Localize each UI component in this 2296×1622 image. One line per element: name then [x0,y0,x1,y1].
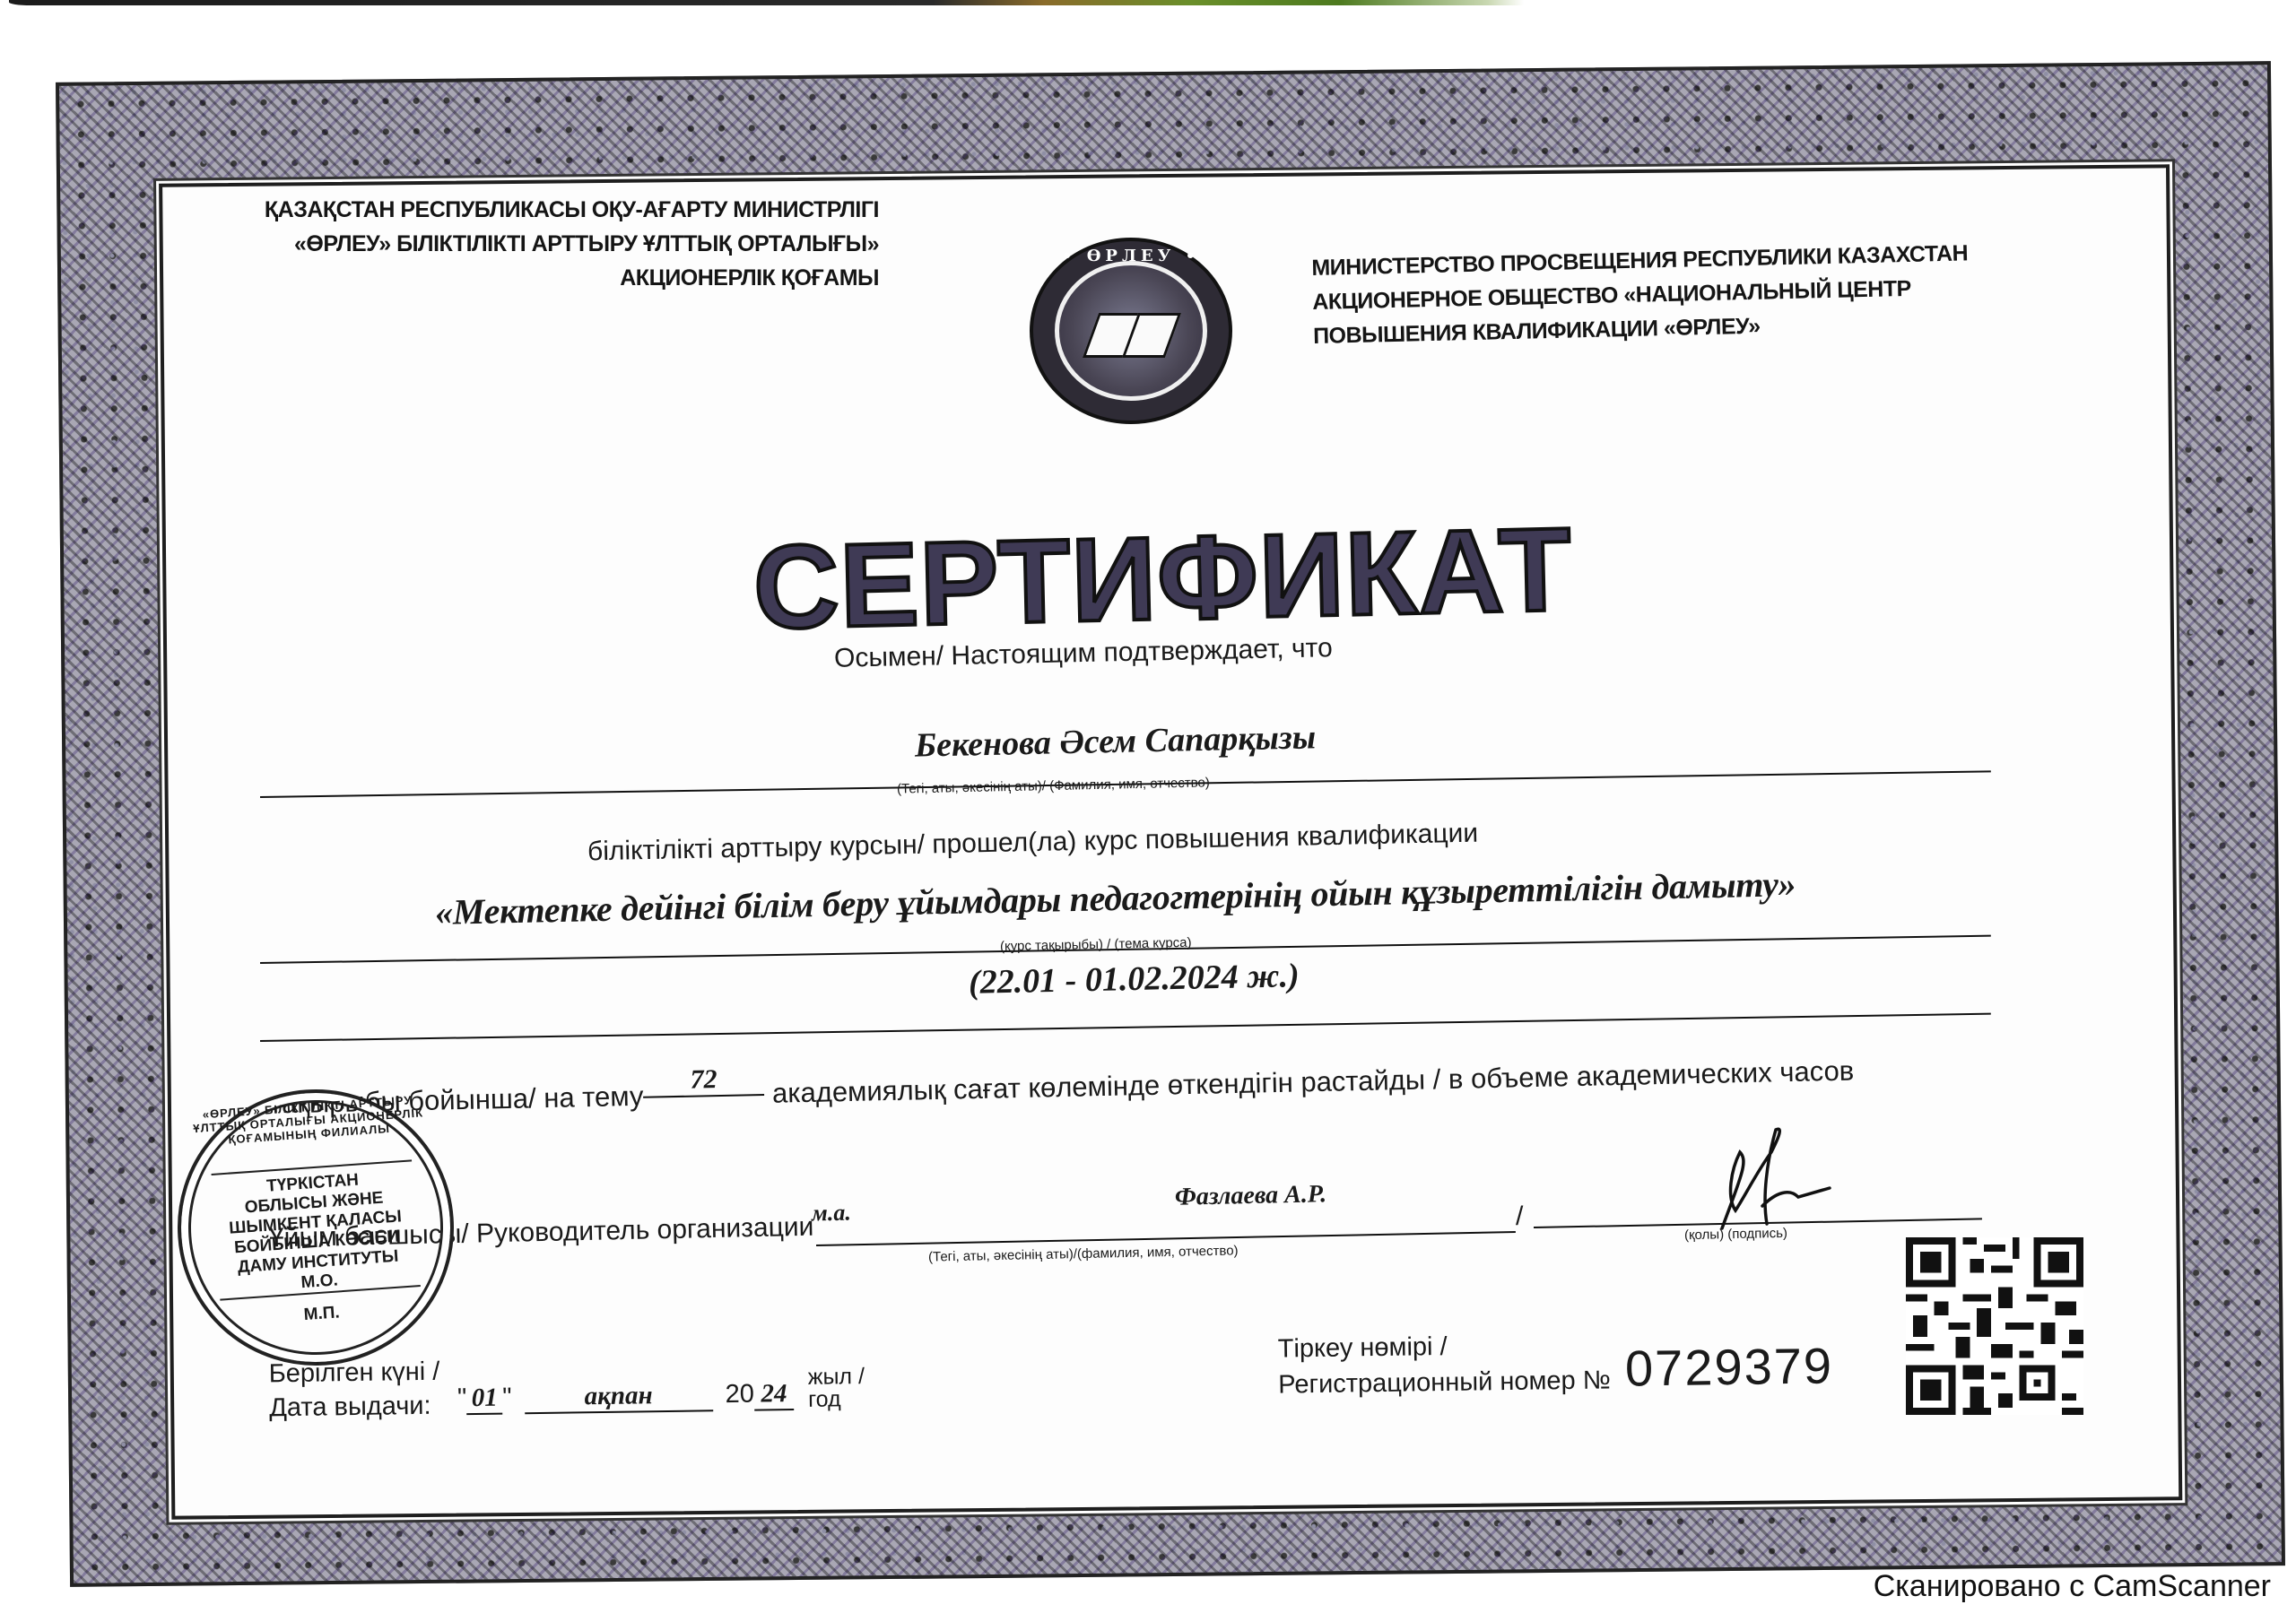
stamp-center-text: ТҮРКІСТАН ОБЛЫСЫ ЖӘНЕ ШЫМКЕНТ ҚАЛАСЫ БОЙ… [204,1167,428,1299]
hours-value: 72 [643,1063,765,1098]
issue-year-prefix: 20 [725,1380,754,1409]
qr-code-icon [1906,1237,2083,1415]
slash-separator: / [1516,1201,1523,1232]
year-label: жыл / год [808,1366,881,1411]
issue-month: ақпан [524,1380,712,1414]
reg-label-ru: Регистрационный номер № [1278,1362,1611,1402]
course-dates: (22.01 - 01.02.2024 ж.) [969,956,1300,1002]
camscanner-watermark: Сканировано с CamScanner [1874,1569,2271,1604]
head-acting-mark: м.а. [812,1200,851,1227]
orleu-logo: • ӨРЛЕУ • [1030,238,1232,424]
header-left-line: «ӨРЛЕУ» БІЛІКТІЛІКТІ АРТТЫРУ ҰЛТТЫҚ ОРТА… [143,227,879,261]
header-left-kazakh: ҚАЗАҚСТАН РЕСПУБЛИКАСЫ ОҚУ-АҒАРТУ МИНИСТ… [143,193,879,295]
issue-label-ru: Дата выдачи: [269,1389,440,1426]
registration-number: 0729379 [1625,1336,1834,1397]
registration-label: Тіркеу нөмірі / Регистрационный номер № [1277,1326,1611,1402]
issue-date-label: Берілген күні / Дата выдачи: [268,1355,440,1426]
reg-label-kz: Тіркеу нөмірі / [1277,1326,1610,1366]
open-book-icon [1091,313,1171,354]
issue-year-suffix: 24 [754,1379,794,1411]
signature-mark [1686,1125,1839,1242]
issue-day: 01 [466,1383,502,1416]
header-right-russian: МИНИСТЕРСТВО ПРОСВЕЩЕНИЯ РЕСПУБЛИКИ КАЗА… [1311,234,2048,353]
issue-date-fields: "01" ақпан 2024 жыл / год [457,1378,881,1417]
recipient-name: Бекенова Әсем Сапарқызы [915,717,1317,765]
issue-label-kz: Берілген күні / [268,1355,439,1392]
certificate-title: СЕРТИФИКАТ [752,502,1526,655]
head-name: Фазлаева А.Р. [1175,1180,1327,1212]
photo-edge-strip [9,0,1857,5]
header-left-line: АКЦИОНЕРЛІК ҚОҒАМЫ [143,261,879,295]
header-left-line: ҚАЗАҚСТАН РЕСПУБЛИКАСЫ ОҚУ-АҒАРТУ МИНИСТ… [143,193,879,227]
